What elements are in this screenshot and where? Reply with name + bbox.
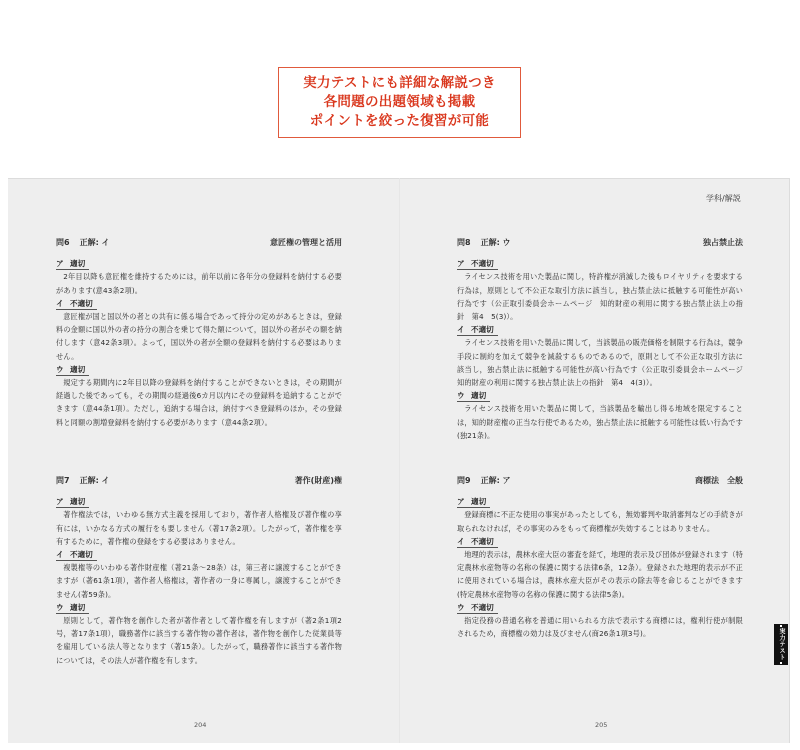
option-label: ア不適切: [457, 258, 498, 270]
option-explanation: 登録商標に不正な使用の事実があったとしても，無効審判や取消審判などの手続きが取ら…: [457, 508, 743, 534]
section-index-tab: 実力テスト: [774, 624, 788, 665]
option-label: イ不適切: [457, 324, 498, 336]
option-label: ウ適切: [56, 602, 89, 614]
option-label: イ不適切: [457, 536, 498, 548]
question-number: 問8: [457, 236, 471, 249]
topic-label: 独占禁止法: [703, 236, 743, 249]
question-header: 問6正解: イ 意匠権の管理と活用: [56, 236, 342, 249]
question-section-9: 問9正解: ア 商標法 全般 ア適切 登録商標に不正な使用の事実があったとしても…: [457, 474, 743, 640]
question-number: 問7: [56, 474, 70, 487]
correct-answer: 正解: ウ: [481, 238, 511, 247]
option-explanation: 地理的表示は，農林水産大臣の審査を経て，地理的表示及び団体が登録されます（特定農…: [457, 548, 743, 601]
option-label: ア適切: [56, 496, 89, 508]
feature-callout-box: 実力テストにも詳細な解説つき 各問題の出題領域も掲載 ポイントを絞った復習が可能: [278, 67, 521, 138]
callout-line: 実力テストにも詳細な解説つき: [303, 74, 496, 93]
option-label: ウ不適切: [457, 602, 498, 614]
option-explanation: 著作権法では，いわゆる無方式主義を採用しており，著作者人格権及び著作権の享有には…: [56, 508, 342, 548]
question-header: 問8正解: ウ 独占禁止法: [457, 236, 743, 249]
topic-label: 意匠権の管理と活用: [270, 236, 342, 249]
option-explanation: 2年目以降も意匠権を維持するためには，前年以前に各年分の登録料を納付する必要があ…: [56, 270, 342, 296]
question-header: 問9正解: ア 商標法 全般: [457, 474, 743, 487]
option-explanation: ライセンス技術を用いた製品に関し，特許権が消滅した後もロイヤリティを要求する行為…: [457, 270, 743, 323]
option-label: ア適切: [56, 258, 89, 270]
correct-answer: 正解: ア: [481, 476, 511, 485]
option-label: イ不適切: [56, 549, 97, 561]
question-number: 問9: [457, 474, 471, 487]
option-explanation: 指定役務の普通名称を普通に用いられる方法で表示する商標には，権利行使が制限される…: [457, 614, 743, 640]
question-section-7: 問7正解: イ 著作(財産)権 ア適切 著作権法では，いわゆる無方式主義を採用し…: [56, 474, 342, 667]
option-label: ウ適切: [56, 364, 89, 376]
callout-line: 各問題の出題領域も掲載: [324, 93, 476, 112]
option-explanation: ライセンス技術を用いた製品に関して，当該製品を輸出し得る地域を限定することは，知…: [457, 402, 743, 442]
question-number: 問6: [56, 236, 70, 249]
option-explanation: 原則として，著作物を創作した者が著作者として著作権を有しますが（著2条1項2号，…: [56, 614, 342, 667]
page-number-left: 204: [194, 721, 206, 729]
question-section-8: 問8正解: ウ 独占禁止法 ア不適切 ライセンス技術を用いた製品に関し，特許権が…: [457, 236, 743, 442]
callout-line: ポイントを絞った復習が可能: [310, 112, 489, 131]
running-head: 学科/解説: [706, 193, 741, 204]
option-label: イ不適切: [56, 298, 97, 310]
question-section-6: 問6正解: イ 意匠権の管理と活用 ア適切 2年目以降も意匠権を維持するためには…: [56, 236, 342, 429]
question-header: 問7正解: イ 著作(財産)権: [56, 474, 342, 487]
page-number-right: 205: [595, 721, 607, 729]
option-explanation: ライセンス技術を用いた製品に関して，当該製品の販売価格を制限する行為は，競争手段…: [457, 336, 743, 389]
page-gutter: [399, 178, 400, 743]
option-label: ア適切: [457, 496, 490, 508]
correct-answer: 正解: イ: [80, 238, 110, 247]
option-explanation: 意匠権が国と国以外の者との共有に係る場合であって持分の定めがあるときは，登録料の…: [56, 310, 342, 363]
topic-label: 商標法 全般: [695, 474, 743, 487]
option-explanation: 複製権等のいわゆる著作財産権（著21条〜28条）は，第三者に譲渡することができま…: [56, 561, 342, 601]
correct-answer: 正解: イ: [80, 476, 110, 485]
topic-label: 著作(財産)権: [295, 474, 342, 487]
option-explanation: 規定する期間内に2年目以降の登録料を納付することができないときは，その期間が経過…: [56, 376, 342, 429]
option-label: ウ適切: [457, 390, 490, 402]
